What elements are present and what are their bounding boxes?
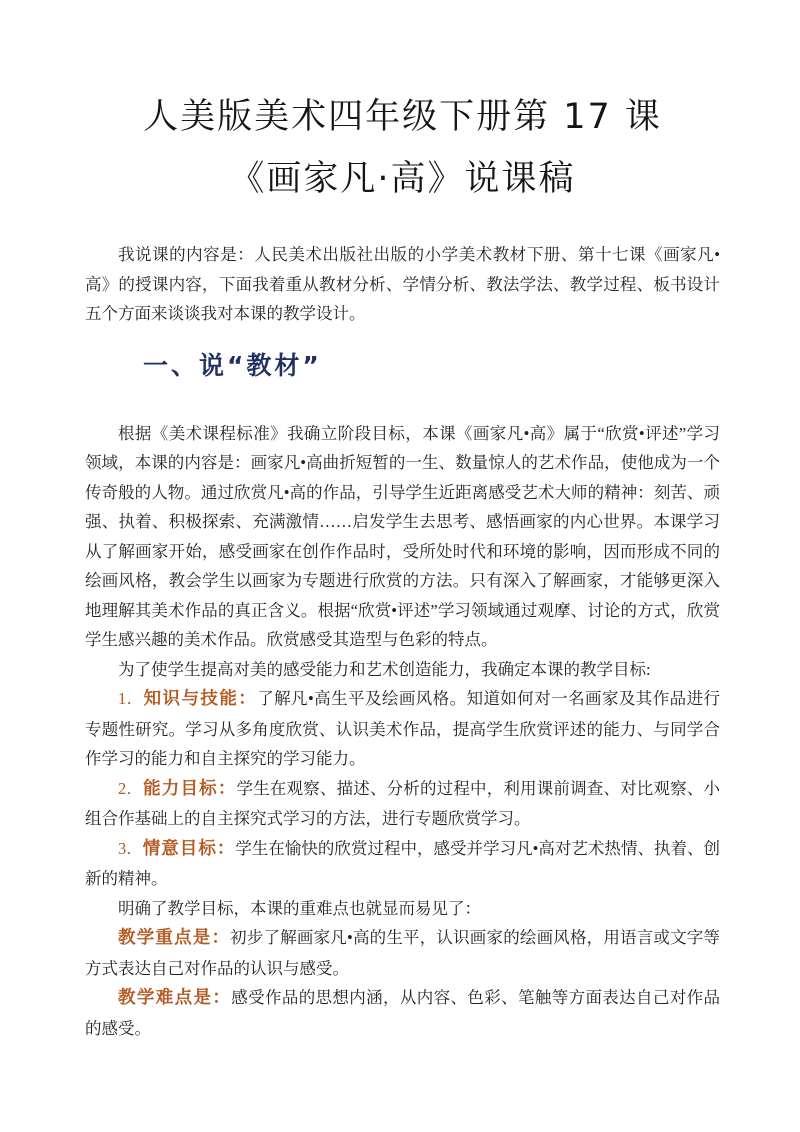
material-analysis-paragraph: 根据《美术课程标准》我确立阶段目标，本课《画家凡•高》属于“欣赏•评述”学习领域… (85, 419, 720, 655)
objective-number: 3． (118, 839, 143, 858)
document-page: 人美版美术四年级下册第 17 课 《画家凡·高》说课稿 我说课的内容是：人民美术… (0, 0, 800, 1132)
objective-label: 情意目标： (143, 839, 236, 859)
key-points-lead-paragraph: 明确了教学目标，本课的重难点也就显而易见了： (85, 894, 720, 924)
objectives-lead-paragraph: 为了使学生提高对美的感受能力和艺术创造能力，我确定本课的教学目标: (85, 655, 720, 685)
teaching-focus-paragraph: 教学重点是：初步了解画家凡•高的生平，认识画家的绘画风格，用语言或文字等方式表达… (85, 923, 720, 983)
objective-item-emotion: 3．情意目标：学生在愉快的欣赏过程中，感受并学习凡•高对艺术热情、执着、创新的精… (85, 834, 720, 894)
objective-label: 能力目标： (143, 779, 236, 799)
title-line-1: 人美版美术四年级下册第 17 课 (85, 86, 720, 148)
objective-label: 知识与技能： (144, 689, 258, 709)
intro-paragraph: 我说课的内容是：人民美术出版社出版的小学美术教材下册、第十七课《画家凡•高》的授… (85, 240, 720, 329)
teaching-focus-label: 教学重点是： (118, 928, 230, 948)
document-title: 人美版美术四年级下册第 17 课 《画家凡·高》说课稿 (85, 86, 720, 210)
objective-item-knowledge: 1．知识与技能：了解凡•高生平及绘画风格。知道如何对一名画家及其作品进行专题性研… (85, 684, 720, 774)
objective-item-ability: 2．能力目标：学生在观察、描述、分析的过程中，利用课前调查、对比观察、小组合作基… (85, 774, 720, 834)
teaching-difficulty-paragraph: 教学难点是：感受作品的思想内涵，从内容、色彩、笔触等方面表达自己对作品的感受。 (85, 983, 720, 1043)
section-heading-materials: 一、说“教材” (143, 351, 720, 381)
teaching-difficulty-label: 教学难点是： (118, 988, 231, 1008)
objective-number: 2． (118, 779, 143, 798)
title-line-2: 《画家凡·高》说课稿 (85, 148, 720, 210)
objective-number: 1． (118, 689, 144, 708)
